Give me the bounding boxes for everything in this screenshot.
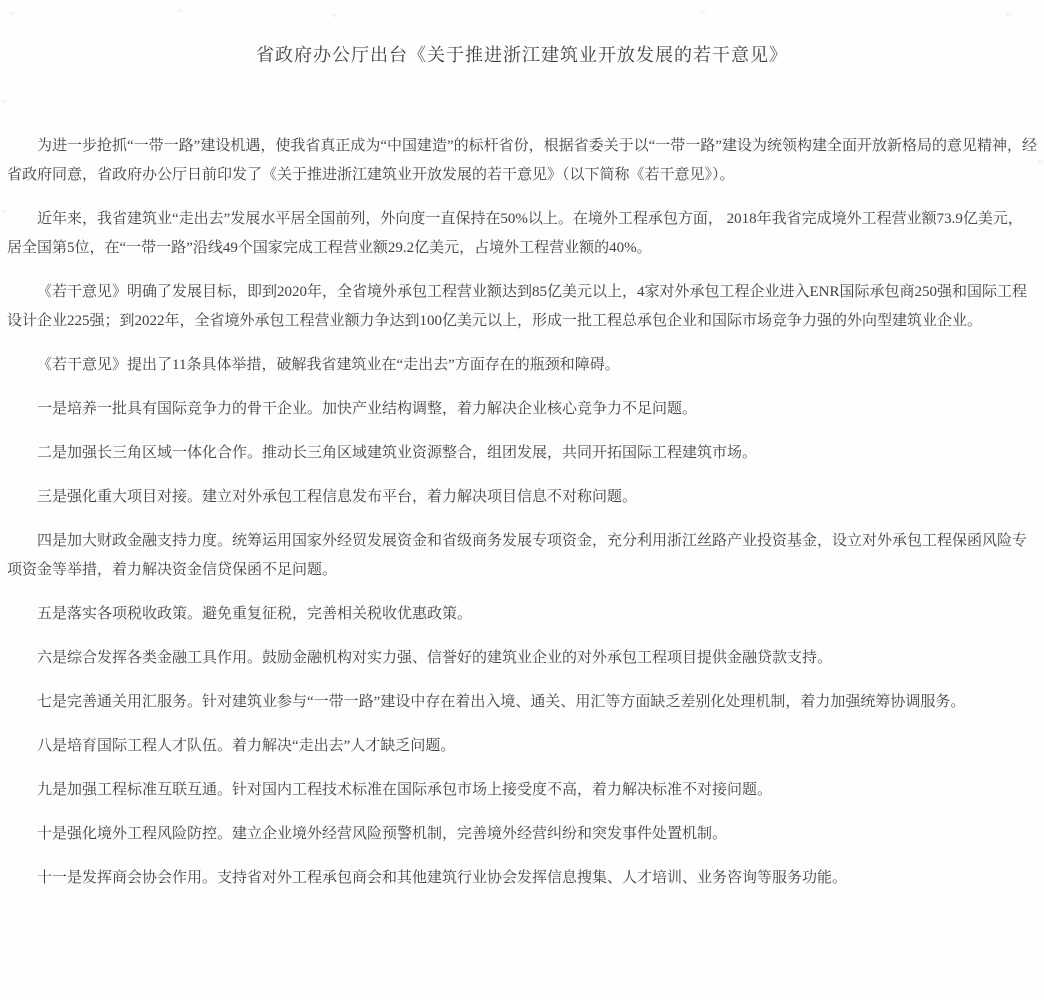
paragraph-measure-3: 三是强化重大项目对接。建立对外承包工程信息发布平台，着力解决项目信息不对称问题。 — [7, 483, 1037, 512]
scan-speck — [332, 14, 337, 17]
paragraph-background: 近年来，我省建筑业“走出去”发展水平居全国前列，外向度一直保持在50%以上。在境… — [7, 205, 1037, 263]
paragraph-measures-overview: 《若干意见》提出了11条具体举措，破解我省建筑业在“走出去”方面存在的瓶颈和障碍… — [7, 351, 1037, 380]
scan-speck — [1006, 13, 1011, 16]
paragraph-measure-1: 一是培养一批具有国际竞争力的骨干企业。加快产业结构调整，着力解决企业核心竞争力不… — [7, 395, 1037, 424]
article-page: 省政府办公厅出台《关于推进浙江建筑业开放发展的若干意见》 为进一步抢抓“一带一路… — [0, 0, 1044, 1000]
paragraph-goals: 《若干意见》明确了发展目标，即到2020年，全省境外承包工程营业额达到85亿美元… — [7, 278, 1037, 336]
scan-speck — [178, 9, 183, 12]
paragraph-measure-5: 五是落实各项税收政策。避免重复征税，完善相关税收优惠政策。 — [7, 600, 1037, 629]
paragraph-measure-11: 十一是发挥商会协会作用。支持省对外工程承包商会和其他建筑行业协会发挥信息搜集、人… — [7, 864, 1037, 893]
paragraph-measure-4: 四是加大财政金融支持力度。统筹运用国家外经贸发展资金和省级商务发展专项资金，充分… — [7, 527, 1037, 585]
paragraph-measure-2: 二是加强长三角区域一体化合作。推动长三角区域建筑业资源整合，组团发展，共同开拓国… — [7, 439, 1037, 468]
scan-speck — [1038, 160, 1043, 163]
paragraph-measure-8: 八是培育国际工程人才队伍。着力解决“走出去”人才缺乏问题。 — [7, 732, 1037, 761]
paragraph-measure-6: 六是综合发挥各类金融工具作用。鼓励金融机构对实力强、信誉好的建筑业企业的对外承包… — [7, 644, 1037, 673]
scan-speck — [2, 210, 7, 213]
page-title: 省政府办公厅出台《关于推进浙江建筑业开放发展的若干意见》 — [0, 0, 1044, 68]
scan-speck — [2, 100, 7, 103]
scan-speck — [10, 12, 15, 15]
scan-speck — [700, 10, 705, 13]
paragraph-intro: 为进一步抢抓“一带一路”建设机遇，使我省真正成为“中国建造”的标杆省份，根据省委… — [7, 132, 1037, 190]
article-body: 为进一步抢抓“一带一路”建设机遇，使我省真正成为“中国建造”的标杆省份，根据省委… — [0, 68, 1044, 893]
paragraph-measure-10: 十是强化境外工程风险防控。建立企业境外经营风险预警机制，完善境外经营纠纷和突发事… — [7, 820, 1037, 849]
paragraph-measure-7: 七是完善通关用汇服务。针对建筑业参与“一带一路”建设中存在着出入境、通关、用汇等… — [7, 688, 1037, 717]
paragraph-measure-9: 九是加强工程标准互联互通。针对国内工程技术标准在国际承包市场上接受度不高，着力解… — [7, 776, 1037, 805]
